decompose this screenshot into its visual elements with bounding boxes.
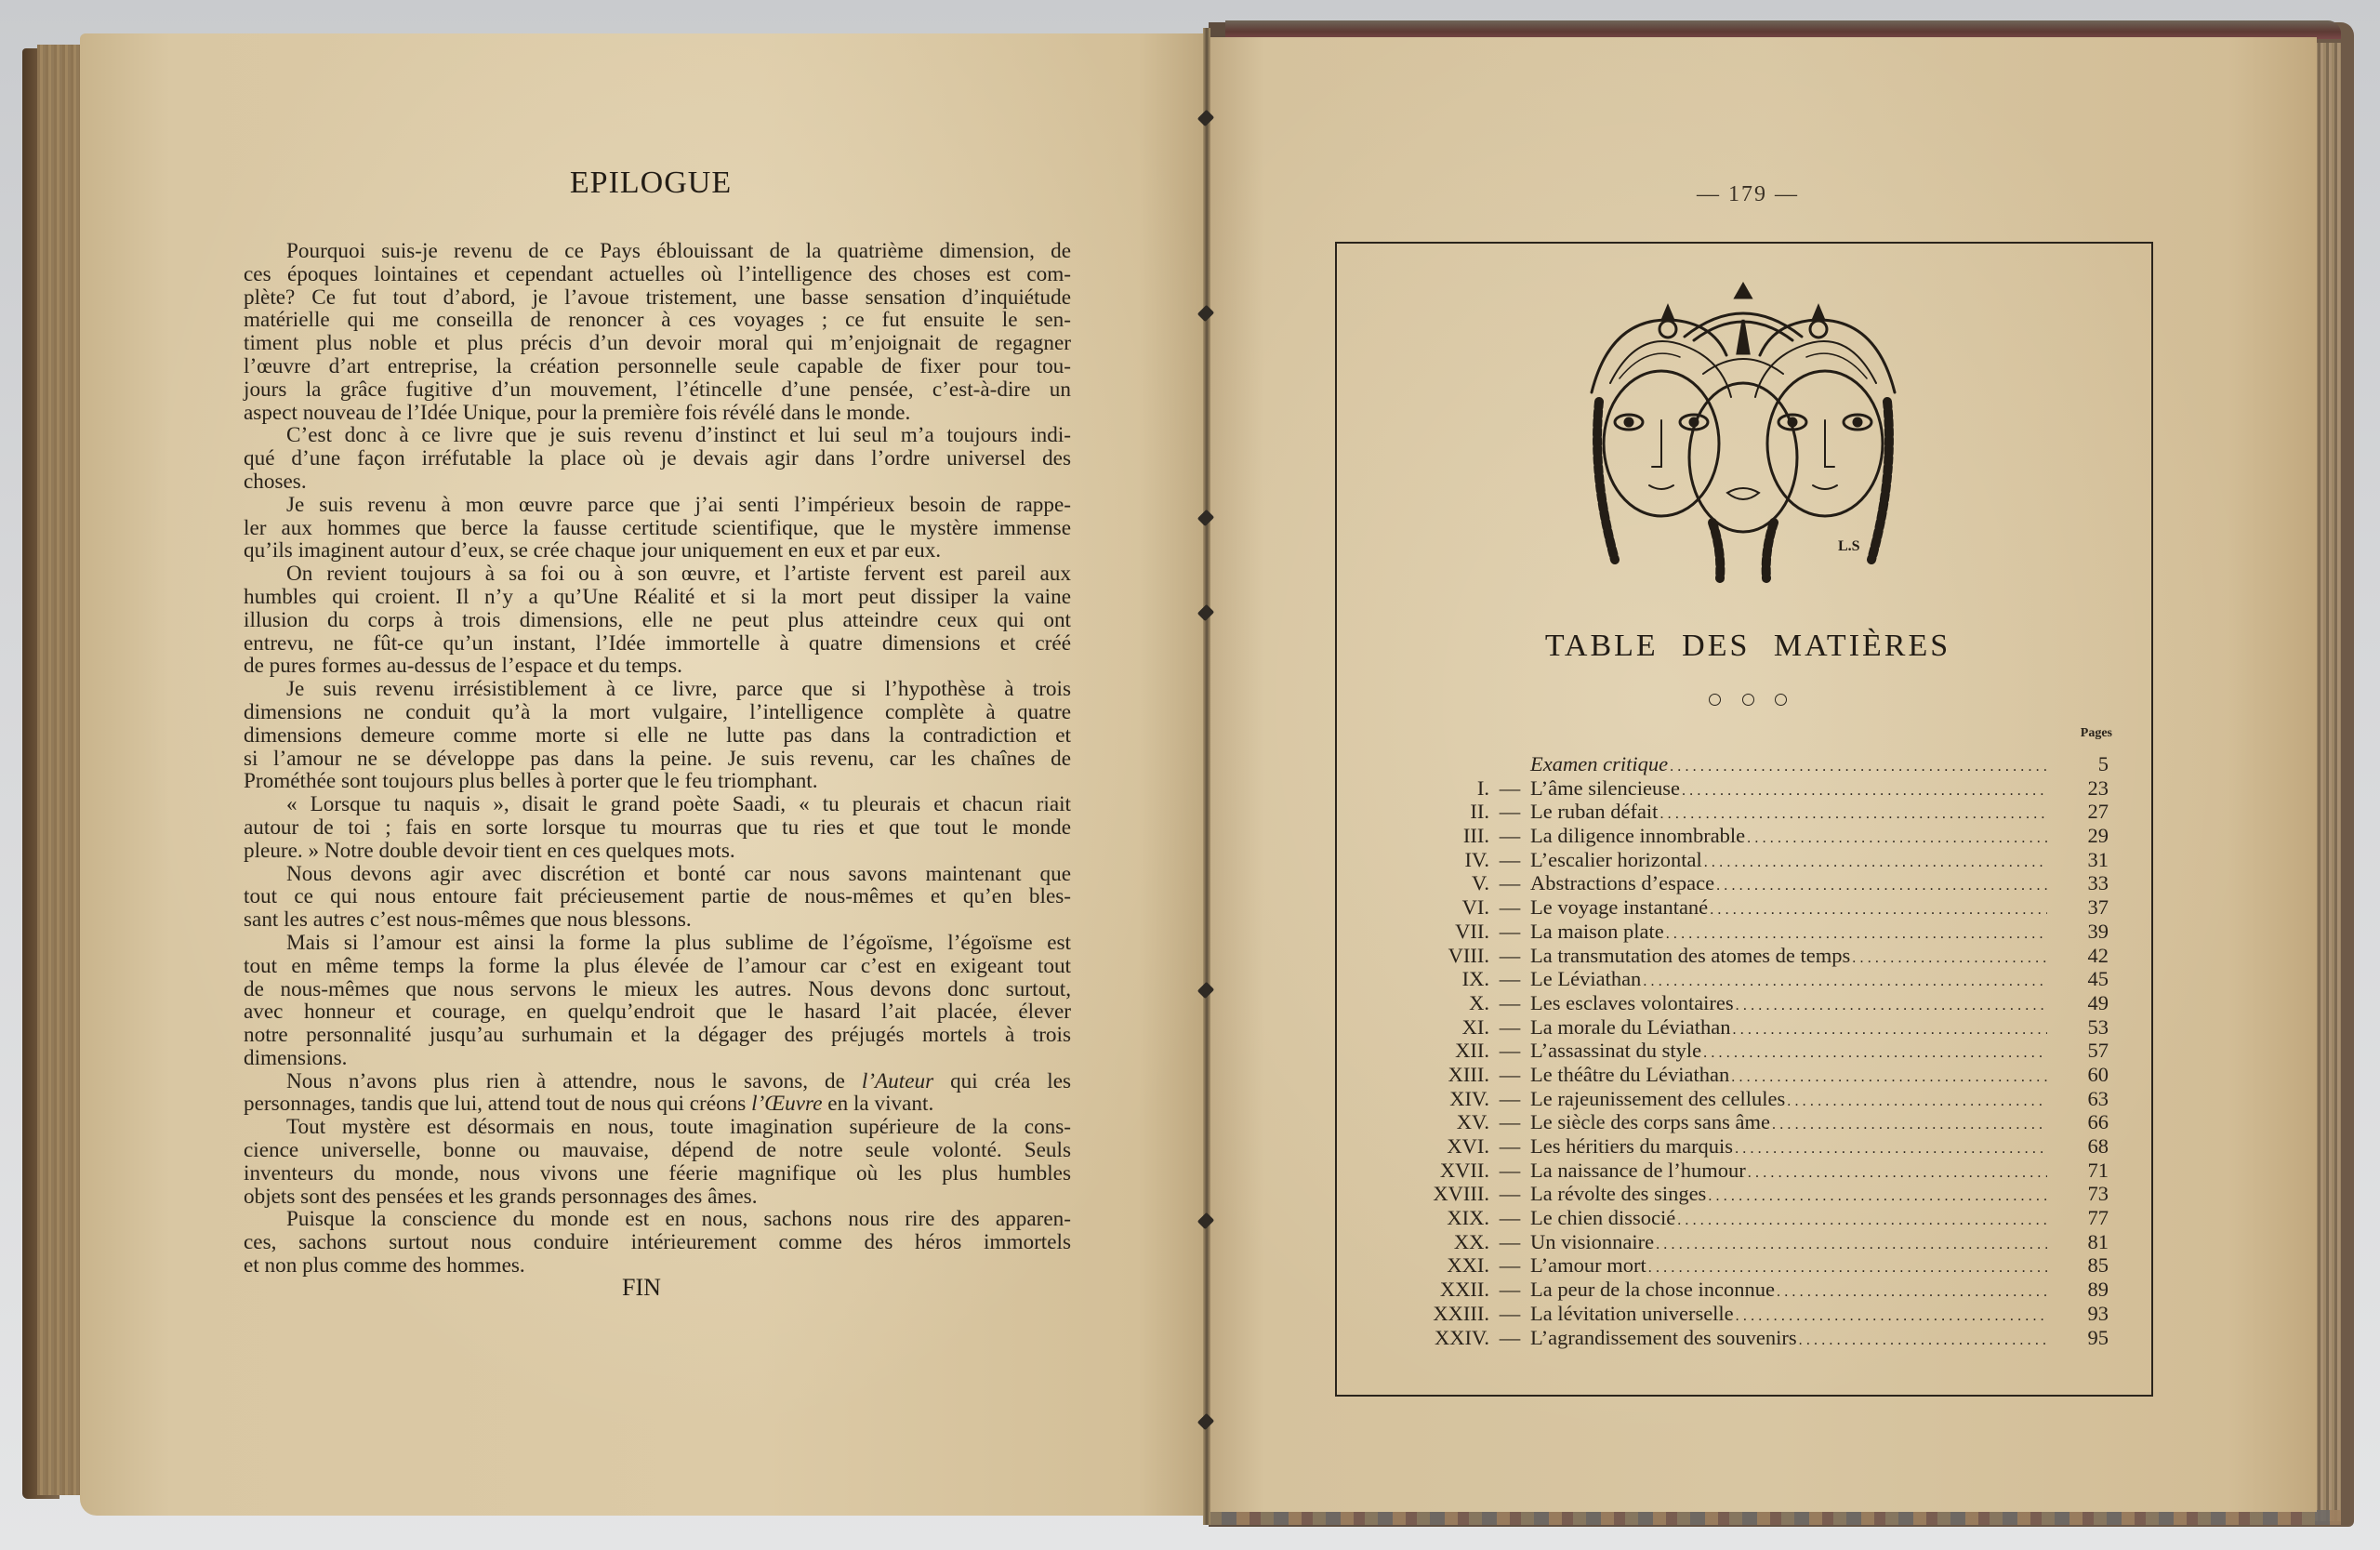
chapter-title: Le rajeunissement des cellules: [1530, 1087, 1785, 1111]
toc-entry[interactable]: XIV.—Le rajeunissement des cellules.....…: [1395, 1087, 2120, 1111]
text-line: dimensions demeure comme morte si elle n…: [244, 724, 1071, 748]
chapter-title: Un visionnaire: [1530, 1230, 1654, 1254]
dot-leader: ........................................…: [1703, 1041, 2047, 1066]
page-block-left: [37, 45, 84, 1495]
dot-leader: ........................................…: [1708, 1185, 2047, 1209]
text-line: dimensions ne conduit qu’à la mort vulga…: [244, 701, 1071, 724]
page-reference: 57: [2053, 1039, 2109, 1063]
toc-entry[interactable]: IX.—Le Léviathan........................…: [1395, 967, 2120, 991]
page-block-bottom: [1209, 1510, 2341, 1525]
text-line: sant les autres c’est nous-mêmes que nou…: [244, 908, 1071, 932]
chapter-number: XI.: [1395, 1015, 1489, 1040]
toc-entry[interactable]: XXIII.—La lévitation universelle........…: [1395, 1302, 2120, 1326]
text-line: autour de toi ; fais en sorte lorsque tu…: [244, 816, 1071, 840]
chapter-number: XVII.: [1395, 1159, 1489, 1183]
chapter-number: XVIII.: [1395, 1182, 1489, 1206]
chapter-number: I.: [1395, 776, 1489, 801]
chapter-title: Le Léviathan: [1530, 967, 1641, 991]
dot-leader: ........................................…: [1772, 1113, 2047, 1137]
chapter-title: La lévitation universelle: [1530, 1302, 1734, 1326]
page-reference: 60: [2053, 1063, 2109, 1087]
page-reference: 85: [2053, 1253, 2109, 1278]
page-reference: 33: [2053, 871, 2109, 895]
chapter-number: V.: [1395, 871, 1489, 895]
dot-leader: ........................................…: [1677, 1209, 2047, 1233]
toc-entry[interactable]: X.—Les esclaves volontaires.............…: [1395, 991, 2120, 1015]
book-cover-top-edge: [1225, 20, 2341, 39]
text-line: cience universelle, bonne ou mauvaise, d…: [244, 1139, 1071, 1162]
text-line: Je suis revenu irrésistiblement à ce liv…: [244, 678, 1071, 701]
chapter-number: X.: [1395, 991, 1489, 1015]
toc-entry[interactable]: XVIII.—La révolte des singes............…: [1395, 1182, 2120, 1206]
text-line: Pourquoi suis-je revenu de ce Pays éblou…: [244, 240, 1071, 263]
epilogue-body: Pourquoi suis-je revenu de ce Pays éblou…: [244, 240, 1071, 1278]
dash-separator: —: [1489, 895, 1530, 920]
dot-leader: ........................................…: [1733, 1018, 2047, 1042]
chapter-number: VIII.: [1395, 944, 1489, 968]
text-line: Puisque la conscience du monde est en no…: [244, 1208, 1071, 1231]
toc-entry[interactable]: VII.—La maison plate....................…: [1395, 920, 2120, 944]
dash-separator: —: [1489, 1110, 1530, 1134]
text-line: tout ce qui nous entoure fait précieusem…: [244, 885, 1071, 908]
toc-entry[interactable]: XII.—L’assassinat du style..............…: [1395, 1039, 2120, 1063]
chapter-title: La peur de la chose inconnue: [1530, 1278, 1775, 1302]
text-line: objets sont des pensées et les grands pe…: [244, 1186, 1071, 1209]
text-line: de pures formes au-dessus de l’espace et…: [244, 655, 1071, 678]
toc-entry[interactable]: III.—La diligence innombrable...........…: [1395, 824, 2120, 848]
page-reference: 81: [2053, 1230, 2109, 1254]
text-line: notre personnalité jusqu’au surhumain et…: [244, 1024, 1071, 1047]
page-reference: 5: [2053, 752, 2109, 776]
dot-leader: ........................................…: [1670, 755, 2047, 779]
dash-separator: —: [1489, 1253, 1530, 1278]
chapter-title: La diligence innombrable: [1530, 824, 1745, 848]
chapter-title: La révolte des singes: [1530, 1182, 1706, 1206]
text-line: « Lorsque tu naquis », disait le grand p…: [244, 793, 1071, 816]
chapter-number: IX.: [1395, 967, 1489, 991]
page-reference: 23: [2053, 776, 2109, 801]
page-reference: 68: [2053, 1134, 2109, 1159]
dot-leader: ........................................…: [1748, 1161, 2047, 1186]
dash-separator: —: [1489, 1039, 1530, 1063]
text-line: avec honneur et courage, en quelqu’endro…: [244, 1000, 1071, 1024]
text-line: humbles qui croient. Il n’y a qu’Une Réa…: [244, 586, 1071, 609]
dash-separator: —: [1489, 1278, 1530, 1302]
text-line: si l’amour ne se développe pas dans la p…: [244, 748, 1071, 771]
toc-entry[interactable]: XXIV.—L’agrandissement des souvenirs....…: [1395, 1326, 2120, 1350]
chapter-title: Le théâtre du Léviathan: [1530, 1063, 1729, 1087]
chapter-title: L’agrandissement des souvenirs: [1530, 1326, 1797, 1350]
dash-separator: —: [1489, 824, 1530, 848]
text-line: de nous-mêmes que nous servons le mieux …: [244, 978, 1071, 1001]
text-line: timent plus noble et plus précis d’un de…: [244, 332, 1071, 355]
dash-separator: —: [1489, 967, 1530, 991]
chapter-title: La morale du Léviathan: [1530, 1015, 1731, 1040]
chapter-number: XX.: [1395, 1230, 1489, 1254]
text-line: aspect nouveau de l’Idée Unique, pour la…: [244, 402, 1071, 425]
text-line: Je suis revenu à mon œuvre parce que j’a…: [244, 494, 1071, 517]
dash-separator: —: [1489, 1087, 1530, 1111]
toc-entry[interactable]: XXII.—La peur de la chose inconnue......…: [1395, 1278, 2120, 1302]
chapter-number: XXIII.: [1395, 1302, 1489, 1326]
chapter-title: L’amour mort: [1530, 1253, 1646, 1278]
chapter-number: XVI.: [1395, 1134, 1489, 1159]
ornament-circles-icon: [1709, 694, 1787, 709]
text-line: l’œuvre d’art entreprise, la création pe…: [244, 355, 1071, 378]
text-line: qu’ils imaginent autour d’eux, se crée c…: [244, 539, 1071, 563]
dash-separator: —: [1489, 1182, 1530, 1206]
book-gutter: [1203, 28, 1210, 1525]
dot-leader: ........................................…: [1777, 1280, 2047, 1305]
text-line: tout en même temps la forme la plus élev…: [244, 955, 1071, 978]
chapter-title: La maison plate: [1530, 920, 1664, 944]
text-line: plète? Ce fut tout d’abord, je l’avoue t…: [244, 286, 1071, 310]
toc-entry[interactable]: XX.—Un visionnaire......................…: [1395, 1230, 2120, 1254]
dash-separator: —: [1489, 1134, 1530, 1159]
chapter-title: L’assassinat du style: [1530, 1039, 1701, 1063]
page-reference: 77: [2053, 1206, 2109, 1230]
text-line: Tout mystère est désormais en nous, tout…: [244, 1116, 1071, 1139]
text-line: ces époques lointaines et cependant actu…: [244, 263, 1071, 286]
page-reference: 37: [2053, 895, 2109, 920]
text-line: Mais si l’amour est ainsi la forme la pl…: [244, 932, 1071, 955]
three-faces-illustration-icon: L.S: [1573, 272, 1913, 588]
chapter-number: XXII.: [1395, 1278, 1489, 1302]
toc-entry[interactable]: V.—Abstractions d’espace................…: [1395, 871, 2120, 895]
dot-leader: ........................................…: [1710, 898, 2047, 922]
page-reference: 45: [2053, 967, 2109, 991]
chapter-number: VI.: [1395, 895, 1489, 920]
page-reference: 49: [2053, 991, 2109, 1015]
toc-entry[interactable]: XXI.—L’amour mort.......................…: [1395, 1253, 2120, 1278]
text-line: jours la grâce fugitive d’un mouvement, …: [244, 378, 1071, 402]
chapter-title: L’âme silencieuse: [1530, 776, 1680, 801]
dot-leader: ........................................…: [1682, 779, 2047, 803]
text-line: ler aux hommes que berce la fausse certi…: [244, 517, 1071, 540]
page-reference: 63: [2053, 1087, 2109, 1111]
chapter-title: Les esclaves volontaires: [1530, 991, 1734, 1015]
dash-separator: —: [1489, 1159, 1530, 1183]
dot-leader: ........................................…: [1799, 1329, 2047, 1353]
toc-heading: TABLE DES MATIÈRES: [1450, 629, 2045, 664]
text-line: ces, sachons surtout nous conduire intér…: [244, 1231, 1071, 1254]
chapter-title: Les héritiers du marquis: [1530, 1134, 1733, 1159]
page-reference: 39: [2053, 920, 2109, 944]
dash-separator: —: [1489, 1302, 1530, 1326]
page-reference: 53: [2053, 1015, 2109, 1040]
text-line: illusion du corps à trois dimensions, el…: [244, 609, 1071, 632]
dash-separator: —: [1489, 776, 1530, 801]
chapter-number: XIX.: [1395, 1206, 1489, 1230]
page-reference: 66: [2053, 1110, 2109, 1134]
text-line: Nous devons agir avec discrétion et bont…: [244, 863, 1071, 886]
toc-entry[interactable]: XI.—La morale du Léviathan..............…: [1395, 1015, 2120, 1040]
chapter-title: Le voyage instantané: [1530, 895, 1708, 920]
text-line: Prométhée sont toujours plus belles à po…: [244, 770, 1071, 793]
page-reference: 95: [2053, 1326, 2109, 1350]
chapter-title: Le ruban défait: [1530, 800, 1658, 824]
chapter-number: XV.: [1395, 1110, 1489, 1134]
chapter-number: II.: [1395, 800, 1489, 824]
dot-leader: ........................................…: [1704, 851, 2047, 875]
page-block-right: [2315, 43, 2341, 1521]
text-line: dimensions.: [244, 1047, 1071, 1070]
page-reference: 73: [2053, 1182, 2109, 1206]
chapter-number: XIII.: [1395, 1063, 1489, 1087]
dot-leader: ........................................…: [1787, 1090, 2047, 1114]
chapter-title: Examen critique: [1530, 752, 1668, 776]
text-line: matérielle qui me conseilla de renoncer …: [244, 309, 1071, 332]
toc-entry[interactable]: XVI.—Les héritiers du marquis...........…: [1395, 1134, 2120, 1159]
chapter-number: VII.: [1395, 920, 1489, 944]
toc-entry[interactable]: XIII.—Le théâtre du Léviathan...........…: [1395, 1063, 2120, 1087]
chapter-title: Abstractions d’espace: [1530, 871, 1714, 895]
page-reference: 93: [2053, 1302, 2109, 1326]
pages-column-label: Pages: [2066, 726, 2112, 741]
dash-separator: —: [1489, 920, 1530, 944]
dash-separator: —: [1489, 1206, 1530, 1230]
chapter-number: XXIV.: [1395, 1326, 1489, 1350]
dot-leader: ........................................…: [1656, 1233, 2047, 1257]
text-line: choses.: [244, 470, 1071, 494]
page-reference: 71: [2053, 1159, 2109, 1183]
dash-separator: —: [1489, 871, 1530, 895]
text-line: entrevu, ne fût-ce qu’un instant, l’Idée…: [244, 632, 1071, 656]
page-number: — 179 —: [1655, 182, 1841, 207]
end-mark: FIN: [595, 1274, 688, 1302]
text-line: qué d’une façon irréfutable la place où …: [244, 447, 1071, 470]
toc-entry[interactable]: IV.—L’escalier horizontal...............…: [1395, 848, 2120, 872]
chapter-number: III.: [1395, 824, 1489, 848]
page-reference: 42: [2053, 944, 2109, 968]
text-line: On revient toujours à sa foi ou à son œu…: [244, 563, 1071, 586]
dash-separator: —: [1489, 991, 1530, 1015]
page-reference: 29: [2053, 824, 2109, 848]
text-line: Nous n’avons plus rien à attendre, nous …: [244, 1070, 1071, 1093]
toc-entry[interactable]: VI.—Le voyage instantané................…: [1395, 895, 2120, 920]
chapter-title: La transmutation des atomes de temps: [1530, 944, 1850, 968]
dash-separator: —: [1489, 1015, 1530, 1040]
text-line: personnages, tandis que lui, attend tout…: [244, 1093, 1071, 1116]
dash-separator: —: [1489, 1326, 1530, 1350]
chapter-title: L’escalier horizontal: [1530, 848, 1702, 872]
dot-leader: ........................................…: [1736, 994, 2047, 1018]
dash-separator: —: [1489, 848, 1530, 872]
toc-entry[interactable]: I.—L’âme silencieuse....................…: [1395, 776, 2120, 801]
text-line: pleure. » Notre double devoir tient en c…: [244, 840, 1071, 863]
dash-separator: —: [1489, 800, 1530, 824]
toc-entry[interactable]: XVII.—La naissance de l’humour..........…: [1395, 1159, 2120, 1183]
epilogue-heading: EPILOGUE: [418, 166, 883, 201]
toc-entry[interactable]: II.—Le ruban défait.....................…: [1395, 800, 2120, 824]
chapter-number: XII.: [1395, 1039, 1489, 1063]
page-reference: 31: [2053, 848, 2109, 872]
toc-entry[interactable]: XIX.—Le chien dissocié..................…: [1395, 1206, 2120, 1230]
dash-separator: —: [1489, 1230, 1530, 1254]
chapter-title: Le chien dissocié: [1530, 1206, 1675, 1230]
chapter-number: XIV.: [1395, 1087, 1489, 1111]
chapter-number: IV.: [1395, 848, 1489, 872]
text-line: inventeurs du monde, nous vivons une fée…: [244, 1162, 1071, 1186]
dot-leader: ........................................…: [1716, 874, 2047, 898]
dot-leader: ........................................…: [1735, 1137, 2047, 1161]
toc-list: Examen critique.........................…: [1395, 752, 2120, 1349]
toc-entry[interactable]: XV.—Le siècle des corps sans âme........…: [1395, 1110, 2120, 1134]
page-reference: 27: [2053, 800, 2109, 824]
chapter-title: La naissance de l’humour: [1530, 1159, 1746, 1183]
dot-leader: ........................................…: [1747, 827, 2047, 851]
text-line: C’est donc à ce livre que je suis revenu…: [244, 424, 1071, 447]
toc-entry[interactable]: VIII.—La transmutation des atomes de tem…: [1395, 944, 2120, 968]
toc-entry[interactable]: Examen critique.........................…: [1395, 752, 2120, 776]
chapter-title: Le siècle des corps sans âme: [1530, 1110, 1770, 1134]
page-reference: 89: [2053, 1278, 2109, 1302]
dot-leader: ........................................…: [1852, 947, 2047, 971]
svg-text:L.S: L.S: [1838, 538, 1860, 554]
dash-separator: —: [1489, 1063, 1530, 1087]
chapter-number: XXI.: [1395, 1253, 1489, 1278]
dash-separator: —: [1489, 944, 1530, 968]
